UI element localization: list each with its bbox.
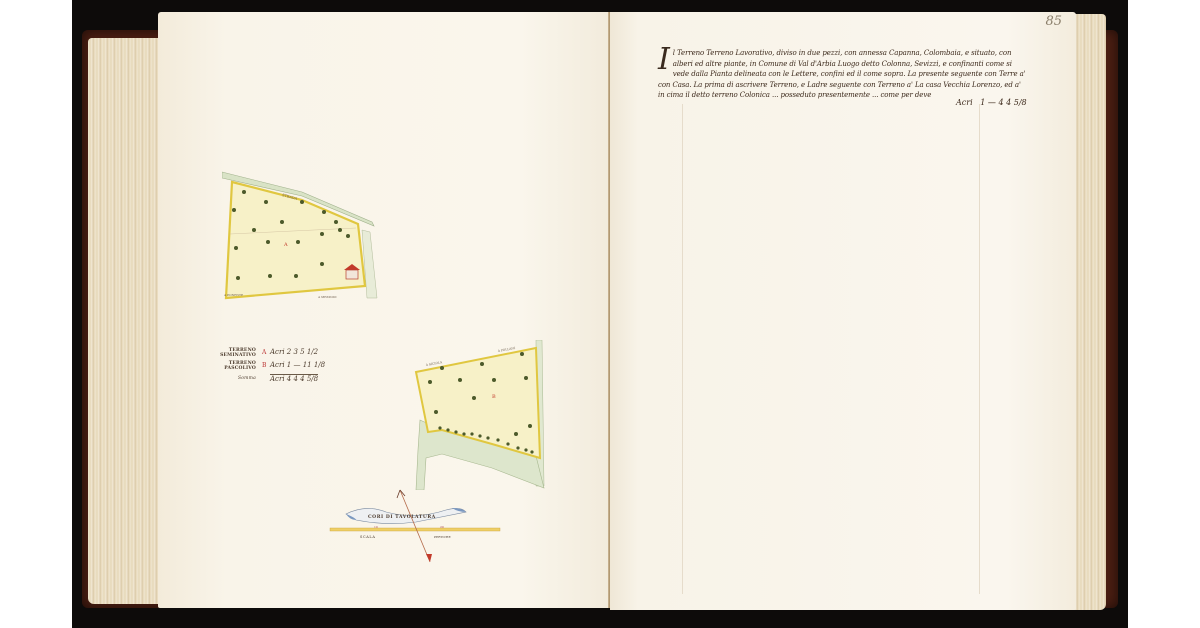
right-page-stack <box>1072 14 1106 610</box>
decorated-initial: I <box>658 46 670 74</box>
left-page-stack <box>88 38 160 604</box>
legend-value: Acri 4 4 4 5/8 <box>270 374 318 384</box>
register-entry: I l Terreno Terreno Lavorativo, diviso i… <box>658 48 1028 101</box>
book-photograph: A STRADA A PONENTE A MEZZODI TERRENO SEM… <box>72 0 1128 628</box>
map-parcel-a: A STRADA A PONENTE A MEZZODI <box>222 170 382 300</box>
legend-value: Acri 2 3 5 1/2 <box>270 348 318 357</box>
map-a-label-bottom-left: A PONENTE <box>223 293 243 297</box>
scale-bar-compass: CORI DI TAVOLATURA 10 20 SCALA PERTICHE <box>326 486 506 566</box>
banner-text: CORI DI TAVOLATURA <box>368 514 436 520</box>
legend-row: TERRENO PASCOLIVO B Acri 1 — 11 1/8 <box>198 359 325 372</box>
legend-row-total: Somma Acri 4 4 4 5/8 <box>198 372 325 385</box>
map-a-label-bottom-right: A MEZZODI <box>317 295 337 299</box>
entry-amount: Acri 1 — 4 4 5/8 <box>956 98 1027 107</box>
amount-label: Acri <box>956 98 973 107</box>
area-legend: TERRENO SEMINATIVO A Acri 2 3 5 1/2 TERR… <box>198 346 325 385</box>
legend-value: Acri 1 — 11 1/8 <box>270 361 325 370</box>
scale-tick-label: 20 <box>440 525 444 529</box>
legend-name: TERRENO PASCOLIVO <box>198 361 256 371</box>
legend-letter: A <box>262 349 270 356</box>
left-page: A STRADA A PONENTE A MEZZODI TERRENO SEM… <box>158 12 610 608</box>
legend-row: TERRENO SEMINATIVO A Acri 2 3 5 1/2 <box>198 346 325 359</box>
map-parcel-b: B A SICIOLA A POLLANI <box>412 340 552 490</box>
amount-value: 1 — 4 4 5/8 <box>980 98 1026 107</box>
page-number: 85 <box>1045 14 1062 29</box>
map-b-label-top-left: A SICIOLA <box>424 360 443 367</box>
parcel-letter-a: A <box>283 242 288 248</box>
scale-tick-label: 10 <box>374 525 378 529</box>
parcel-letter-b: B <box>492 394 496 400</box>
scale-unit: PERTICHE <box>434 535 451 539</box>
scale-label: SCALA <box>360 535 375 539</box>
legend-name: Somma <box>198 376 256 381</box>
entry-text: l Terreno Terreno Lavorativo, diviso in … <box>658 49 1026 99</box>
right-page: 85 I l Terreno Terreno Lavorativo, divis… <box>610 12 1076 610</box>
legend-name: TERRENO SEMINATIVO <box>198 348 256 358</box>
ruled-column-frame <box>682 104 980 594</box>
legend-letter: B <box>262 362 270 369</box>
